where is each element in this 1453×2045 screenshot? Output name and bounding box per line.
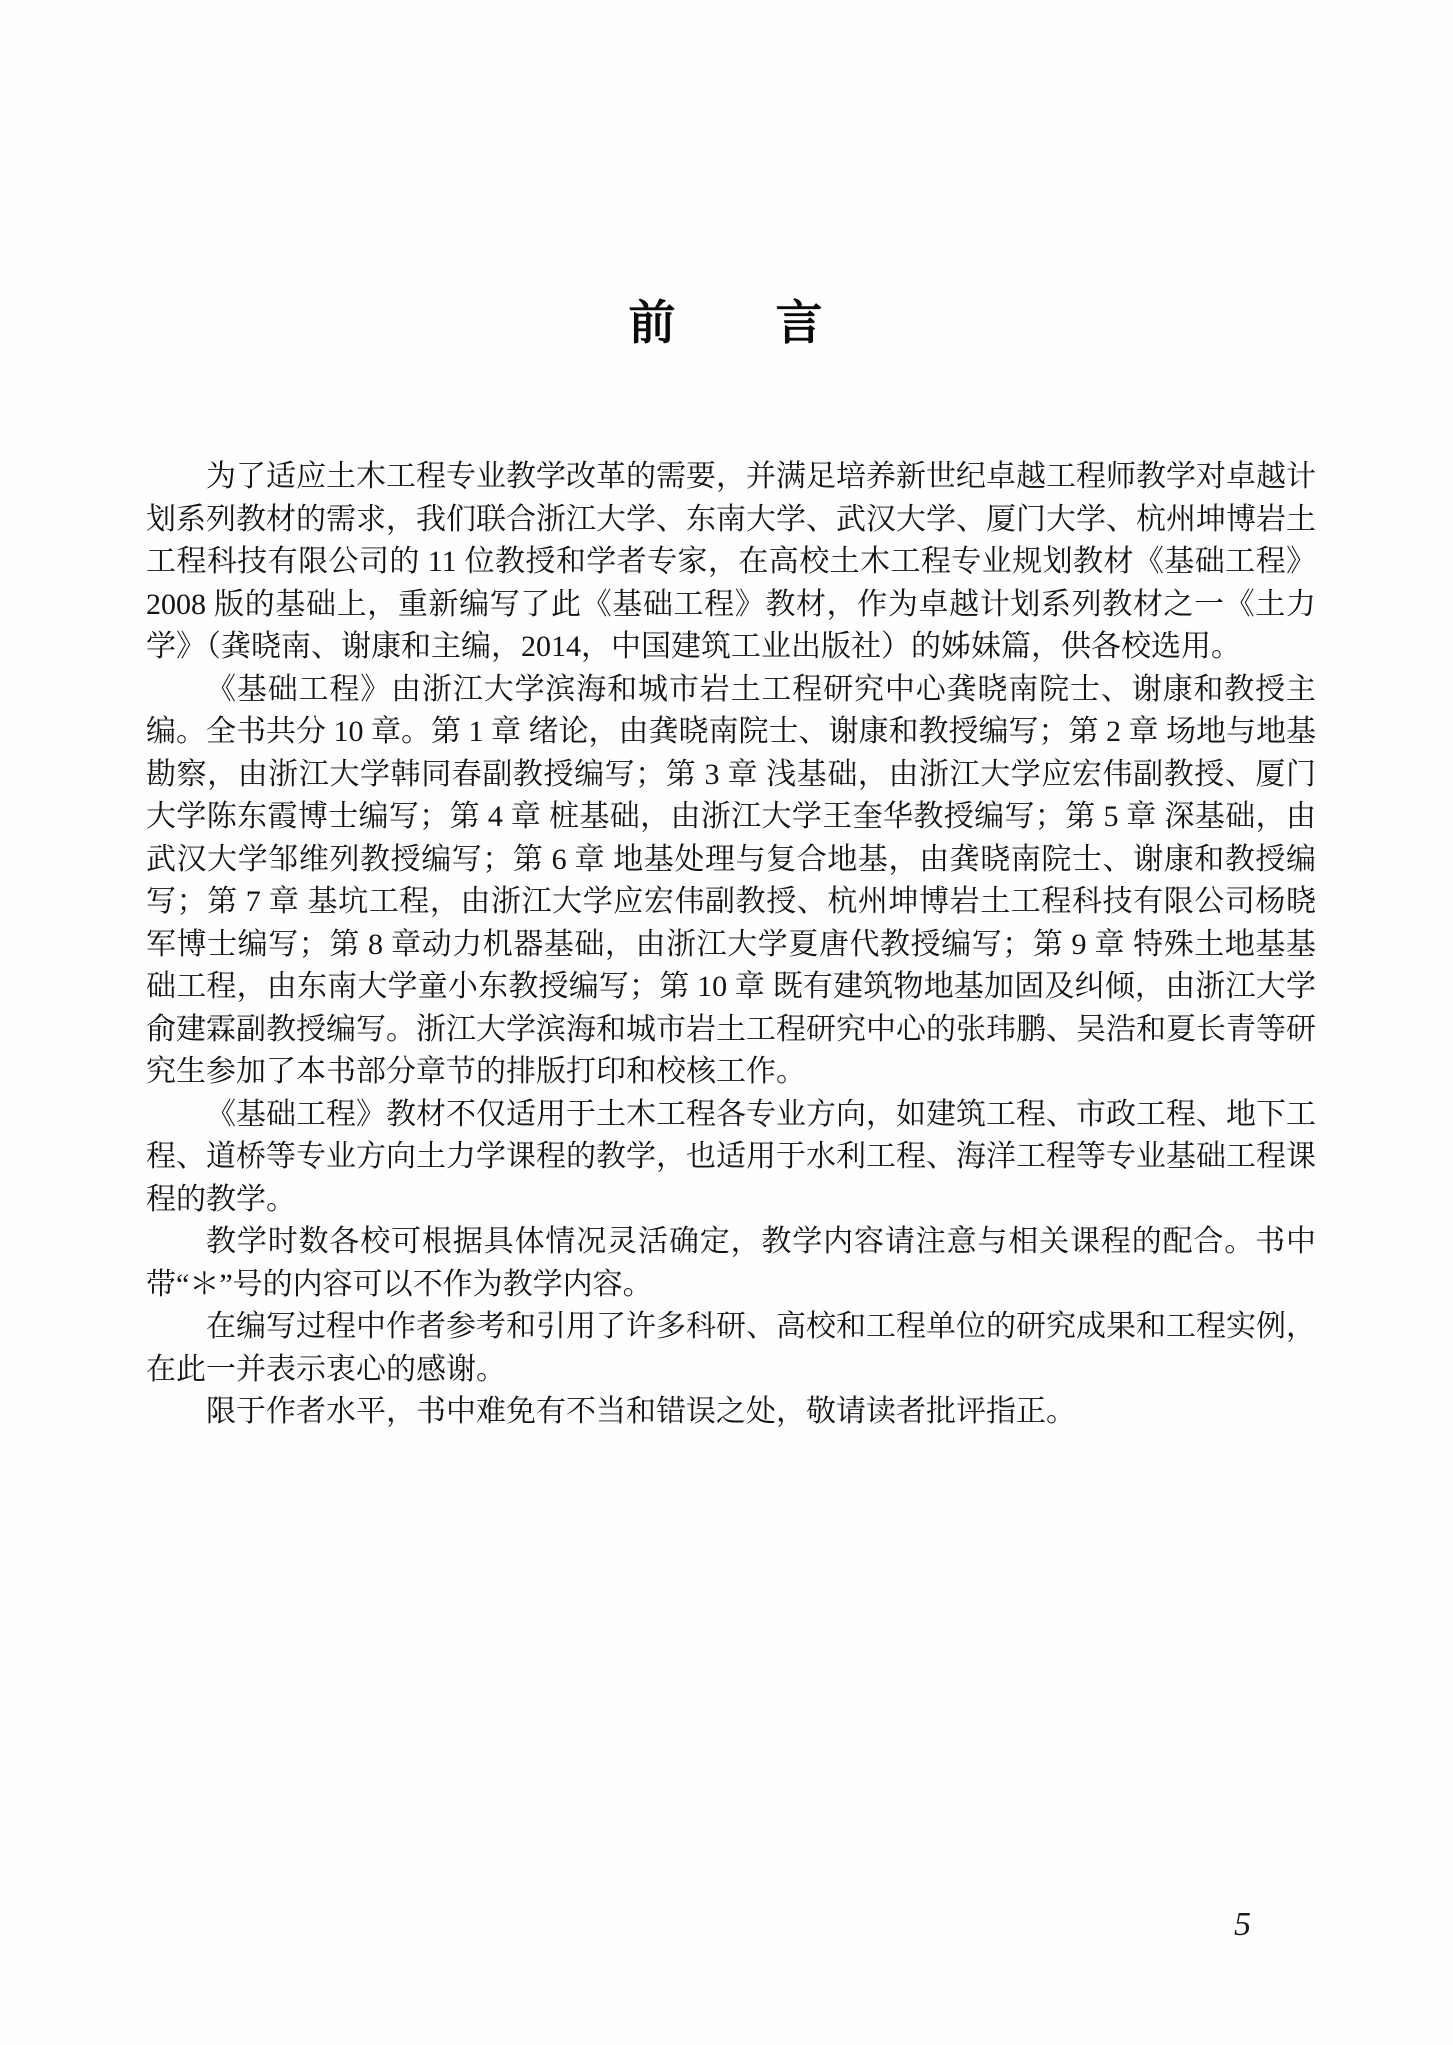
document-body: 为了适应土木工程专业教学改革的需要，并满足培养新世纪卓越工程师教学对卓越计划系列… [146, 456, 1316, 1434]
paragraph: 教学时数各校可根据具体情况灵活确定，教学内容请注意与相关课程的配合。书中带“＊”… [146, 1221, 1316, 1306]
document-page: 前 言 为了适应土木工程专业教学改革的需要，并满足培养新世纪卓越工程师教学对卓越… [0, 0, 1453, 2045]
paragraph: 《基础工程》教材不仅适用于土木工程各专业方向，如建筑工程、市政工程、地下工程、道… [146, 1094, 1316, 1222]
paragraph: 为了适应土木工程专业教学改革的需要，并满足培养新世纪卓越工程师教学对卓越计划系列… [146, 456, 1316, 669]
paragraph: 《基础工程》由浙江大学滨海和城市岩土工程研究中心龚晓南院士、谢康和教授主编。全书… [146, 669, 1316, 1094]
paragraph: 限于作者水平，书中难免有不当和错误之处，敬请读者批评指正。 [146, 1391, 1316, 1434]
page-number: 5 [1234, 1906, 1251, 1944]
page-title: 前 言 [0, 286, 1453, 353]
paragraph: 在编写过程中作者参考和引用了许多科研、高校和工程单位的研究成果和工程实例，在此一… [146, 1306, 1316, 1391]
